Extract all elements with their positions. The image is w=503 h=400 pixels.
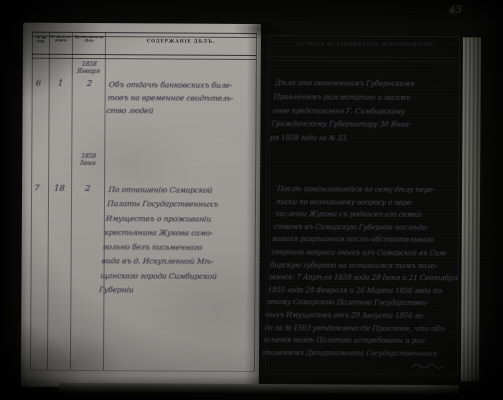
handwritten-line: Послѣ присылавшейся по сему дѣлу пере- xyxy=(277,183,470,197)
handwritten-line: вавшія разрѣшенія послѣ обстоятельнаго xyxy=(272,234,465,248)
handwritten-line: Губерніи xyxy=(98,283,251,298)
archive-photo: № по пор. № дѣла по описи Время начатія … xyxy=(0,0,503,400)
column-header-case: № дѣла по описи xyxy=(50,35,71,52)
handwritten-line: Палаты Государственныхъ xyxy=(106,197,259,212)
handwritten-line: численіи Жукова съ роднымъ его семей- xyxy=(274,208,467,222)
handwritten-line: ствомъ въ Самарскую Губернію послѣдо- xyxy=(273,221,466,235)
bottom-page-edge xyxy=(59,383,459,394)
handwritten-line: бирскую губернію на оставшіяся тамъ поло… xyxy=(270,259,463,273)
handwritten-line: Объ отдачѣ банковскихъ биле- xyxy=(108,78,259,92)
fore-edge-pages xyxy=(461,37,481,381)
ledger-resolution-text: Дѣло это оконченнымъ Губернскимъ Правлен… xyxy=(269,77,461,147)
entry-day-number: 2 xyxy=(85,184,91,194)
flourish-mark xyxy=(411,357,445,376)
handwritten-line: этому Самарскою Палатою Государствен- xyxy=(266,296,459,310)
entry-date: 1858 Января xyxy=(72,61,105,75)
entry-case-number: 18 xyxy=(54,184,66,194)
handwritten-line: ясненія нынѣ Палатою истребованы и раз- xyxy=(262,334,455,348)
handwritten-line: вольно безъ письменнаго xyxy=(102,240,255,255)
handwritten-line: щанскаго города Симбирской xyxy=(100,269,253,284)
entry-order-number: 7 xyxy=(34,184,40,194)
binding-smudge xyxy=(223,14,303,44)
handwritten-line: женія: 7 Апрѣля 1858 года 29 Іюня и 21 С… xyxy=(268,271,461,285)
entry-date: 1858 Іюня xyxy=(72,153,105,167)
handwritten-line: Дѣло это оконченнымъ Губернскимъ xyxy=(274,77,461,92)
handwritten-line: ство людей xyxy=(106,104,257,118)
book-spread: № по пор. № дѣла по описи Время начатія … xyxy=(0,0,503,400)
gutter-shadow xyxy=(245,24,275,388)
column-header-order: № по пор. xyxy=(33,36,49,53)
column-header-date: Время начатія дѣла xyxy=(73,35,104,52)
handwritten-line: писки по возникшему вопросу о пере- xyxy=(275,196,468,210)
handwritten-line: Правленіемъ разсмотрѣно и засимъ xyxy=(273,91,460,106)
handwritten-line: 1855 года 28 Февраля и 26 Марта 1856 год… xyxy=(267,284,460,298)
handwritten-line: крестьянина Жукова само- xyxy=(104,226,257,241)
folio-number: 45 xyxy=(448,5,462,16)
handwritten-line: Имуществъ о проживаніи xyxy=(105,212,258,227)
entry-case-number: 1 xyxy=(57,79,63,89)
handwritten-line: оное представлено Г. Симбирскому xyxy=(272,105,459,120)
handwritten-line: да за № 1503 увѣдомлено сіе Правленіе, ч… xyxy=(264,322,457,336)
handwritten-line: товъ на временное свидѣтель- xyxy=(107,91,258,105)
handwritten-line: ныхъ Имуществъ отъ 29 Августа 1856 го- xyxy=(265,309,458,323)
ledger-resolution-text: Послѣ присылавшейся по сему дѣлу пере- п… xyxy=(261,183,469,360)
handwritten-line: По отношенію Самарской xyxy=(108,183,261,198)
entry-order-number: 6 xyxy=(35,79,41,89)
handwritten-line: ря 1858 года за № 33. xyxy=(269,132,456,147)
ledger-entry-text: По отношенію Самарской Палаты Государств… xyxy=(98,183,261,298)
ledger-entry-text: Объ отдачѣ банковскихъ биле- товъ на вре… xyxy=(106,78,260,118)
handwritten-line: вида въ д. Искупленной Мѣ- xyxy=(101,255,254,270)
handwritten-line: спорнаго вопроса оныхъ изъ Самарской въ … xyxy=(271,246,464,260)
entry-day-number: 2 xyxy=(86,79,92,89)
handwritten-line: Гражданскому Губернатору 30 Янва- xyxy=(271,119,458,134)
